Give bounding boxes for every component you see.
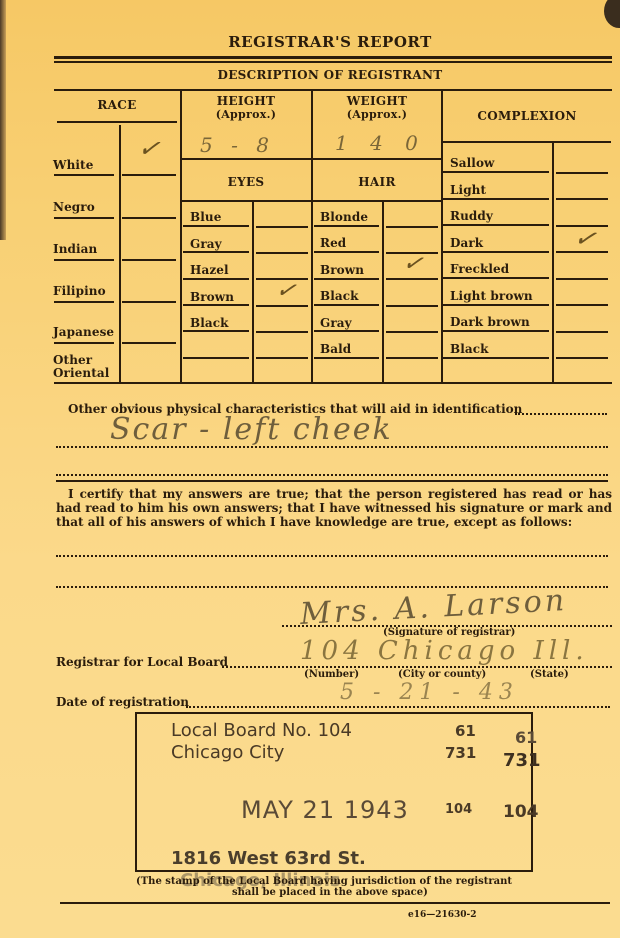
hair-option-gray: Gray bbox=[320, 316, 352, 330]
section-rule bbox=[56, 474, 608, 476]
race-option-negro: Negro bbox=[53, 200, 95, 214]
eyes-option-hazel: Hazel bbox=[190, 263, 229, 277]
height-header: HEIGHT (Approx.) bbox=[183, 95, 309, 121]
hair-header: HAIR bbox=[313, 175, 441, 189]
complexion-header: COMPLEXION bbox=[443, 109, 611, 123]
weight-rule bbox=[313, 158, 441, 160]
complexion-row-rule bbox=[443, 304, 549, 306]
race-check-divider bbox=[119, 125, 121, 382]
race-option-japanese: Japanese bbox=[53, 325, 114, 339]
hair-row-rule bbox=[314, 330, 379, 332]
weight-value: 1 4 0 bbox=[335, 131, 426, 155]
hair-option-red: Red bbox=[320, 236, 346, 250]
hair-check-rule bbox=[386, 357, 438, 359]
complexion-option-dark-brown: Dark brown bbox=[450, 315, 530, 329]
date-of-registration-label: Date of registration bbox=[56, 695, 189, 709]
physical-characteristics-line bbox=[56, 446, 608, 448]
race-row-rule bbox=[54, 342, 114, 344]
hair-brown-checkmark: ✓ bbox=[401, 247, 426, 278]
complexion-row-rule bbox=[443, 251, 549, 253]
eyes-row-rule bbox=[183, 357, 249, 359]
footer-rule bbox=[60, 902, 610, 904]
number-caption: (Number) bbox=[304, 669, 359, 680]
page-title: REGISTRAR'S REPORT bbox=[0, 33, 620, 51]
race-option-other-oriental: Other Oriental bbox=[53, 354, 123, 380]
hair-row-rule bbox=[314, 357, 379, 359]
title-rule-thin bbox=[54, 61, 612, 63]
complexion-option-light: Light bbox=[450, 183, 486, 197]
local-board-label: Registrar for Local Board bbox=[56, 655, 228, 669]
complexion-check-rule bbox=[556, 172, 608, 174]
hair-check-divider bbox=[382, 201, 384, 382]
hair-check-rule bbox=[386, 331, 438, 333]
height-value: 5 - 8 bbox=[200, 133, 275, 157]
local-board-stamp: Local Board No. 104 Chicago City 61 731 … bbox=[135, 712, 533, 872]
stamp-number-1: 61 bbox=[455, 722, 476, 740]
stamp-number-3: 104 bbox=[445, 802, 472, 817]
race-check-rule bbox=[122, 342, 176, 344]
physical-characteristics-value: Scar - left cheek bbox=[110, 412, 393, 447]
stamp-echo-1: 61 bbox=[515, 728, 537, 747]
complexion-row-rule bbox=[443, 224, 549, 226]
hair-check-rule bbox=[386, 305, 438, 307]
eyes-check-rule bbox=[256, 226, 308, 228]
state-caption: (State) bbox=[530, 669, 569, 680]
stamp-caption-line-2: shall be placed in the above space) bbox=[232, 887, 428, 898]
form-number: e16—21630-2 bbox=[408, 910, 477, 920]
weight-header: WEIGHT (Approx.) bbox=[313, 95, 441, 121]
race-row-rule bbox=[54, 259, 114, 261]
page-corner-shadow bbox=[604, 0, 620, 28]
race-row-rule bbox=[54, 217, 114, 219]
eyes-check-rule bbox=[256, 331, 308, 333]
stamp-address: 1816 West 63rd St. bbox=[171, 848, 366, 869]
complexion-header-rule bbox=[443, 141, 611, 143]
eyes-row-rule bbox=[183, 278, 249, 280]
race-check-rule bbox=[122, 217, 176, 219]
certification-text: I certify that my answers are true; that… bbox=[56, 487, 612, 529]
eyes-check-divider bbox=[252, 201, 254, 382]
stamp-echo-3: 104 bbox=[503, 802, 539, 822]
physical-characteristics-leader bbox=[515, 413, 607, 415]
section-title: DESCRIPTION OF REGISTRANT bbox=[0, 68, 620, 82]
hair-row-rule bbox=[314, 278, 379, 280]
complexion-option-freckled: Freckled bbox=[450, 262, 509, 276]
stamp-caption-line-1: (The stamp of the Local Board having jur… bbox=[136, 876, 512, 887]
race-option-white: White bbox=[53, 158, 93, 172]
col-divider bbox=[180, 90, 182, 382]
date-of-registration-value: 5 - 21 - 43 bbox=[340, 680, 519, 705]
complexion-check-rule bbox=[556, 198, 608, 200]
local-board-value: 104 Chicago Ill. bbox=[300, 636, 589, 666]
eyes-row-rule bbox=[183, 304, 249, 306]
exceptions-line-1 bbox=[56, 555, 608, 557]
race-check-rule bbox=[122, 174, 176, 176]
eyes-option-black: Black bbox=[190, 316, 229, 330]
complexion-check-divider bbox=[552, 143, 554, 382]
complexion-option-ruddy: Ruddy bbox=[450, 209, 493, 223]
complexion-option-sallow: Sallow bbox=[450, 156, 495, 170]
complexion-row-rule bbox=[443, 198, 549, 200]
eyes-check-rule bbox=[256, 357, 308, 359]
race-option-indian: Indian bbox=[53, 242, 97, 256]
eyes-header-rule bbox=[182, 200, 311, 202]
eyes-row-rule bbox=[183, 330, 249, 332]
race-row-rule bbox=[54, 174, 114, 176]
race-header: RACE bbox=[58, 98, 176, 112]
complexion-option-light-brown: Light brown bbox=[450, 289, 533, 303]
col-divider bbox=[311, 90, 313, 382]
eyes-check-rule bbox=[256, 305, 308, 307]
complexion-row-rule bbox=[443, 330, 549, 332]
race-white-checkmark: ✓ bbox=[136, 133, 162, 166]
hair-row-rule bbox=[314, 251, 379, 253]
local-board-line bbox=[222, 666, 612, 668]
hair-option-blonde: Blonde bbox=[320, 210, 368, 224]
race-check-rule bbox=[122, 301, 176, 303]
race-check-rule bbox=[122, 259, 176, 261]
eyes-check-rule bbox=[256, 252, 308, 254]
stamp-echo-2: 731 bbox=[503, 750, 541, 771]
eyes-header: EYES bbox=[183, 175, 309, 189]
hair-option-brown: Brown bbox=[320, 263, 364, 277]
hair-row-rule bbox=[314, 304, 379, 306]
table-bottom-rule bbox=[54, 382, 612, 384]
complexion-option-black: Black bbox=[450, 342, 489, 356]
complexion-check-rule bbox=[556, 331, 608, 333]
col-divider bbox=[441, 90, 443, 382]
complexion-row-rule bbox=[443, 277, 549, 279]
race-header-rule bbox=[57, 121, 177, 123]
complexion-check-rule bbox=[556, 278, 608, 280]
eyes-brown-checkmark: ✓ bbox=[274, 274, 299, 305]
section-rule-thin bbox=[56, 480, 608, 482]
complexion-check-rule bbox=[556, 357, 608, 359]
hair-row-rule bbox=[314, 225, 379, 227]
table-top-rule bbox=[54, 89, 612, 91]
eyes-option-brown: Brown bbox=[190, 290, 234, 304]
stamp-city-line: Chicago City bbox=[171, 742, 284, 763]
eyes-option-gray: Gray bbox=[190, 237, 222, 251]
stamp-board-line: Local Board No. 104 bbox=[171, 720, 352, 741]
race-option-filipino: Filipino bbox=[53, 284, 106, 298]
hair-option-black: Black bbox=[320, 289, 359, 303]
stamp-number-2: 731 bbox=[445, 744, 476, 762]
height-rule bbox=[182, 158, 311, 160]
hair-option-bald: Bald bbox=[320, 342, 351, 356]
title-rule bbox=[54, 56, 612, 59]
hair-check-rule bbox=[386, 226, 438, 228]
eyes-row-rule bbox=[183, 251, 249, 253]
complexion-option-dark: Dark bbox=[450, 236, 483, 250]
hair-header-rule bbox=[313, 200, 441, 202]
eyes-option-blue: Blue bbox=[190, 210, 221, 224]
hair-check-rule bbox=[386, 278, 438, 280]
eyes-row-rule bbox=[183, 225, 249, 227]
complexion-row-rule bbox=[443, 357, 549, 359]
complexion-check-rule bbox=[556, 304, 608, 306]
race-row-rule bbox=[54, 301, 114, 303]
complexion-row-rule bbox=[443, 171, 549, 173]
city-caption: (City or county) bbox=[398, 669, 486, 680]
stamp-date: MAY 21 1943 bbox=[241, 796, 409, 824]
date-line bbox=[186, 706, 610, 708]
